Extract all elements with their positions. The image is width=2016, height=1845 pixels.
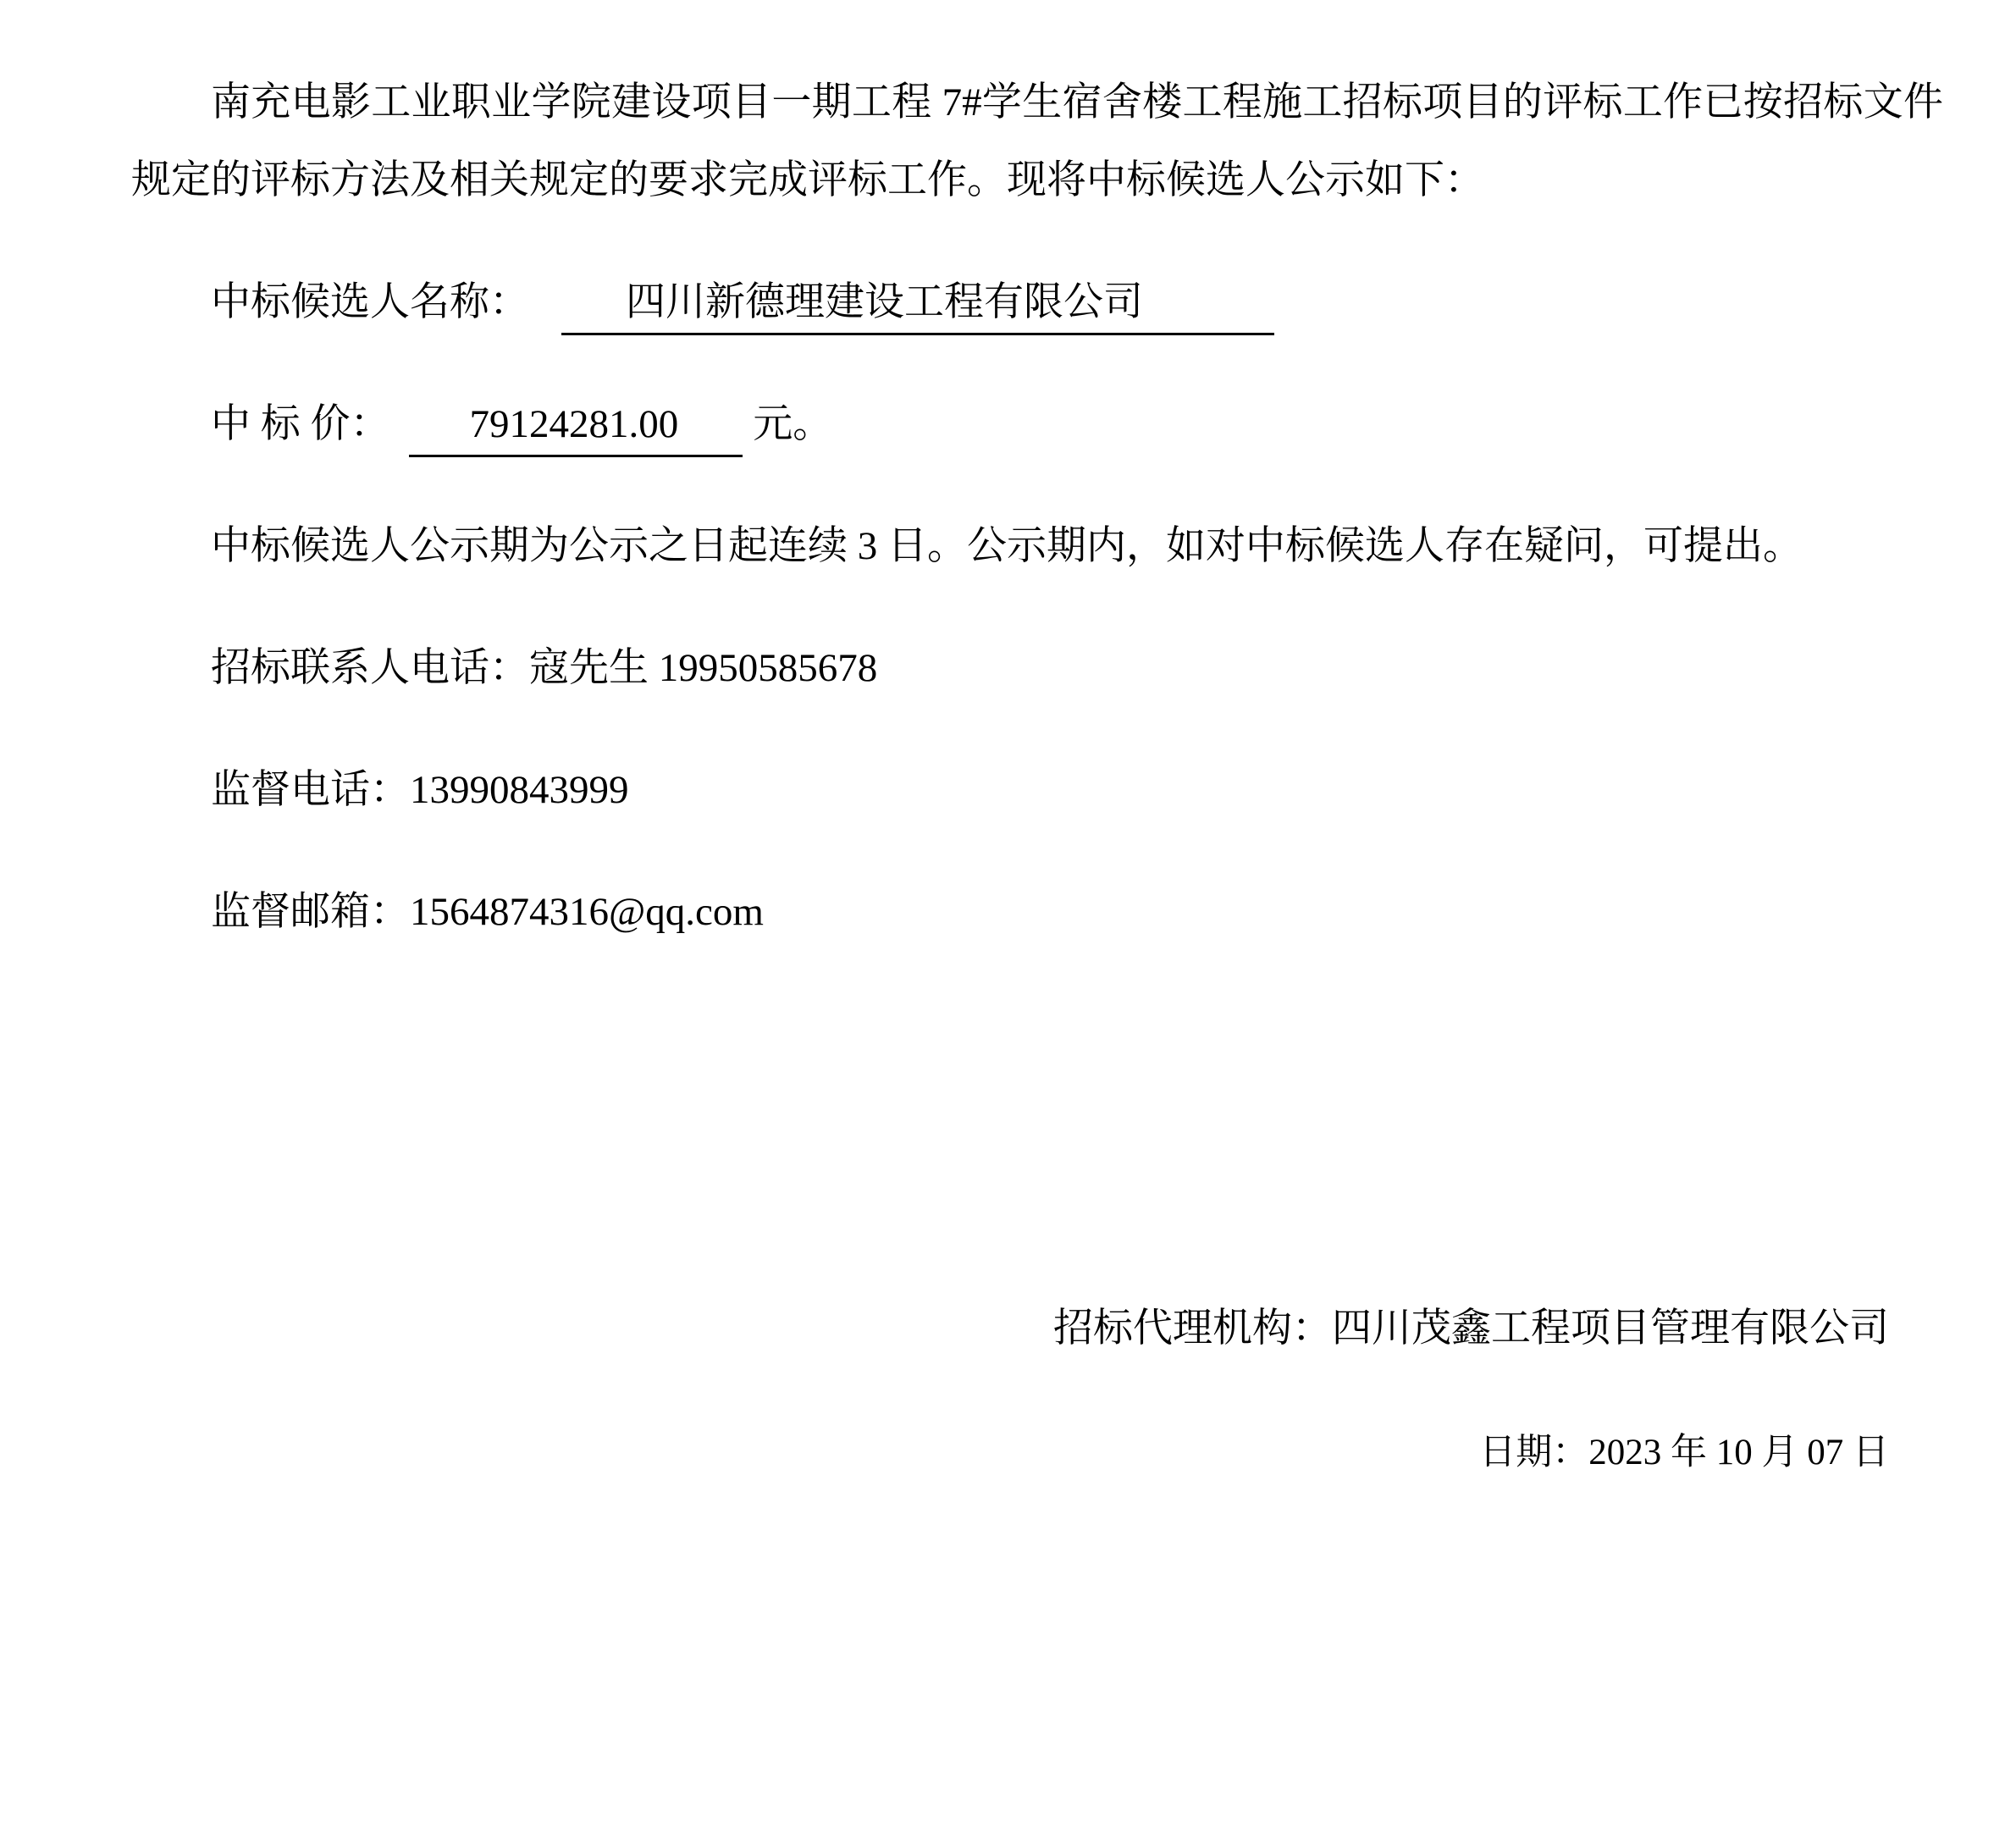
agency-line: 招标代理机构：四川茂鑫工程项目管理有限公司 — [131, 1290, 1943, 1367]
price-value: 79124281.00 — [409, 402, 743, 457]
price-label: 中 标 价： — [211, 402, 390, 446]
document-page: 南充电影工业职业学院建设项目一期工程 7#学生宿舍楼工程施工招标项目的评标工作已… — [0, 0, 2016, 1845]
supervision-phone-label: 监督电话： — [211, 768, 410, 812]
agency-label: 招标代理机构： — [1053, 1306, 1332, 1351]
contact-line: 招标联系人电话：寇先生 19950585678 — [131, 629, 1943, 707]
agency-value: 四川茂鑫工程项目管理有限公司 — [1332, 1306, 1889, 1351]
supervision-phone-line: 监督电话：13990843999 — [131, 751, 1943, 829]
supervision-phone-value: 13990843999 — [410, 768, 629, 812]
price-unit: 元。 — [753, 402, 832, 446]
supervision-email-line: 监督邮箱：1564874316@qq.com — [131, 873, 1943, 951]
date-value: 2023 年 10 月 07 日 — [1588, 1433, 1889, 1472]
date-line: 日期：2023 年 10 月 07 日 — [131, 1414, 1943, 1492]
notice-paragraph: 中标候选人公示期为公示之日起连续 3 日。公示期内，如对中标候选人存在疑问，可提… — [131, 507, 1943, 585]
price-line: 中 标 价：79124281.00元。 — [131, 385, 1943, 463]
contact-label: 招标联系人电话： — [211, 646, 529, 690]
intro-paragraph: 南充电影工业职业学院建设项目一期工程 7#学生宿舍楼工程施工招标项目的评标工作已… — [131, 64, 1943, 219]
date-label: 日期： — [1479, 1433, 1588, 1472]
winner-label: 中标候选人名称： — [211, 280, 529, 324]
contact-value: 寇先生 19950585678 — [529, 646, 877, 690]
supervision-email-label: 监督邮箱： — [211, 890, 410, 934]
winner-line: 中标候选人名称：四川新德理建设工程有限公司 — [131, 263, 1943, 341]
winner-value: 四川新德理建设工程有限公司 — [561, 280, 1274, 335]
supervision-email-value: 1564874316@qq.com — [410, 890, 764, 934]
